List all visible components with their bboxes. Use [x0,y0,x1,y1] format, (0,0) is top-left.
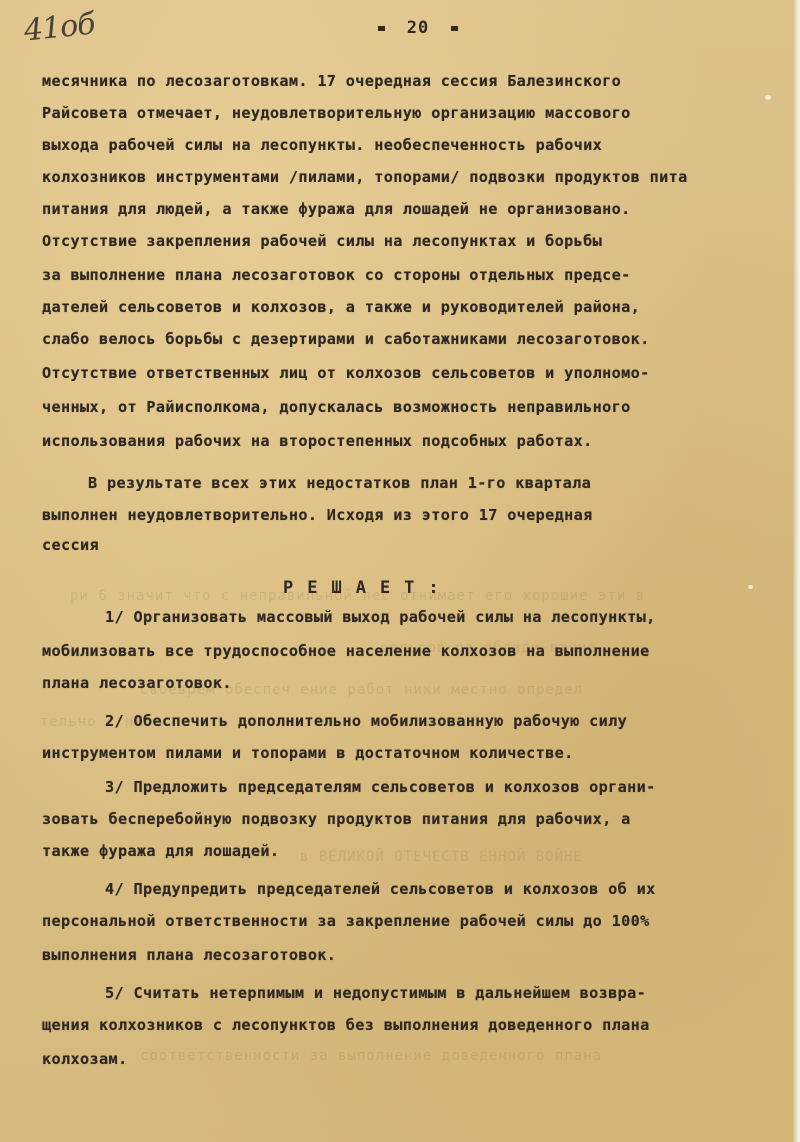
text-line: В результате всех этих недостатков план … [88,474,591,492]
decision-5-line: 5/ Считать нетерпимым и недопустимым в д… [105,984,646,1002]
decision-1-line: 1/ Организовать массовый выход рабочей с… [105,608,656,626]
archive-sheet-number: 41об [22,6,96,48]
dash-left [378,26,385,31]
resolution-heading: РЕШАЕТ: [283,578,453,598]
text-line: ченных, от Райисполкома, допускалась воз… [42,398,631,416]
document-page: ри 6 значит что с неправильной лес отним… [0,0,800,1142]
decision-4-line: персональной ответственности за закрепле… [42,912,650,930]
text-line: выполнен неудовлетворительно. Исходя из … [42,506,593,524]
text-line: сессия [42,536,99,554]
text-line: слабо велось борьбы с дезертирами и сабо… [42,330,650,348]
text-line: колхозников инструментами /пилами, топор… [42,168,688,186]
text-line: питания для людей, а также фуража для ло… [42,200,631,218]
decision-5-line: колхозам. [42,1050,127,1068]
text-line: месячника по лесозаготовкам. 17 очередна… [42,72,621,90]
text-line: использования рабочих на второстепенных … [42,432,593,450]
decision-5-line: щения колхозников с лесопунктов без выпо… [42,1016,650,1034]
text-line: Райсовета отмечает, неудовлетворительную… [42,104,631,122]
bleed-through-text: в ВЕЛИКОЙ ОТЕЧЕСТВ ЕННОЙ ВОЙНЕ [300,849,583,865]
page-number: 20 [338,18,498,38]
paper-stain [765,95,771,100]
decision-1-line: плана лесозаготовок. [42,674,232,692]
text-line: за выполнение плана лесозаготовок со сто… [42,266,631,284]
decision-3-line: зовать бесперебойную подвозку продуктов … [42,810,631,828]
page-edge [793,0,800,1142]
paper-stain [748,585,753,589]
decision-4-line: 4/ Предупредить председателей сельсовето… [105,880,656,898]
decision-2-line: инструментом пилами и топорами в достато… [42,744,574,762]
decision-2-line: 2/ Обеспечить дополнительно мобилизованн… [105,712,627,730]
page-number-value: 20 [407,18,429,38]
decision-3-line: 3/ Предложить председателям сельсоветов … [105,778,656,796]
text-line: Отсутствие закрепления рабочей силы на л… [42,232,602,250]
dash-right [451,26,458,31]
decision-3-line: также фуража для лошадей. [42,842,279,860]
text-line: выхода рабочей силы на лесопункты. необе… [42,136,602,154]
bleed-through-text: соответственности за выполнение доведенн… [140,1048,602,1064]
decision-1-line: мобилизовать все трудоспособное населени… [42,642,650,660]
text-line: Отсутствие ответственных лиц от колхозов… [42,364,650,382]
text-line: дателей сельсоветов и колхозов, а также … [42,298,640,316]
decision-4-line: выполнения плана лесозаготовок. [42,946,336,964]
